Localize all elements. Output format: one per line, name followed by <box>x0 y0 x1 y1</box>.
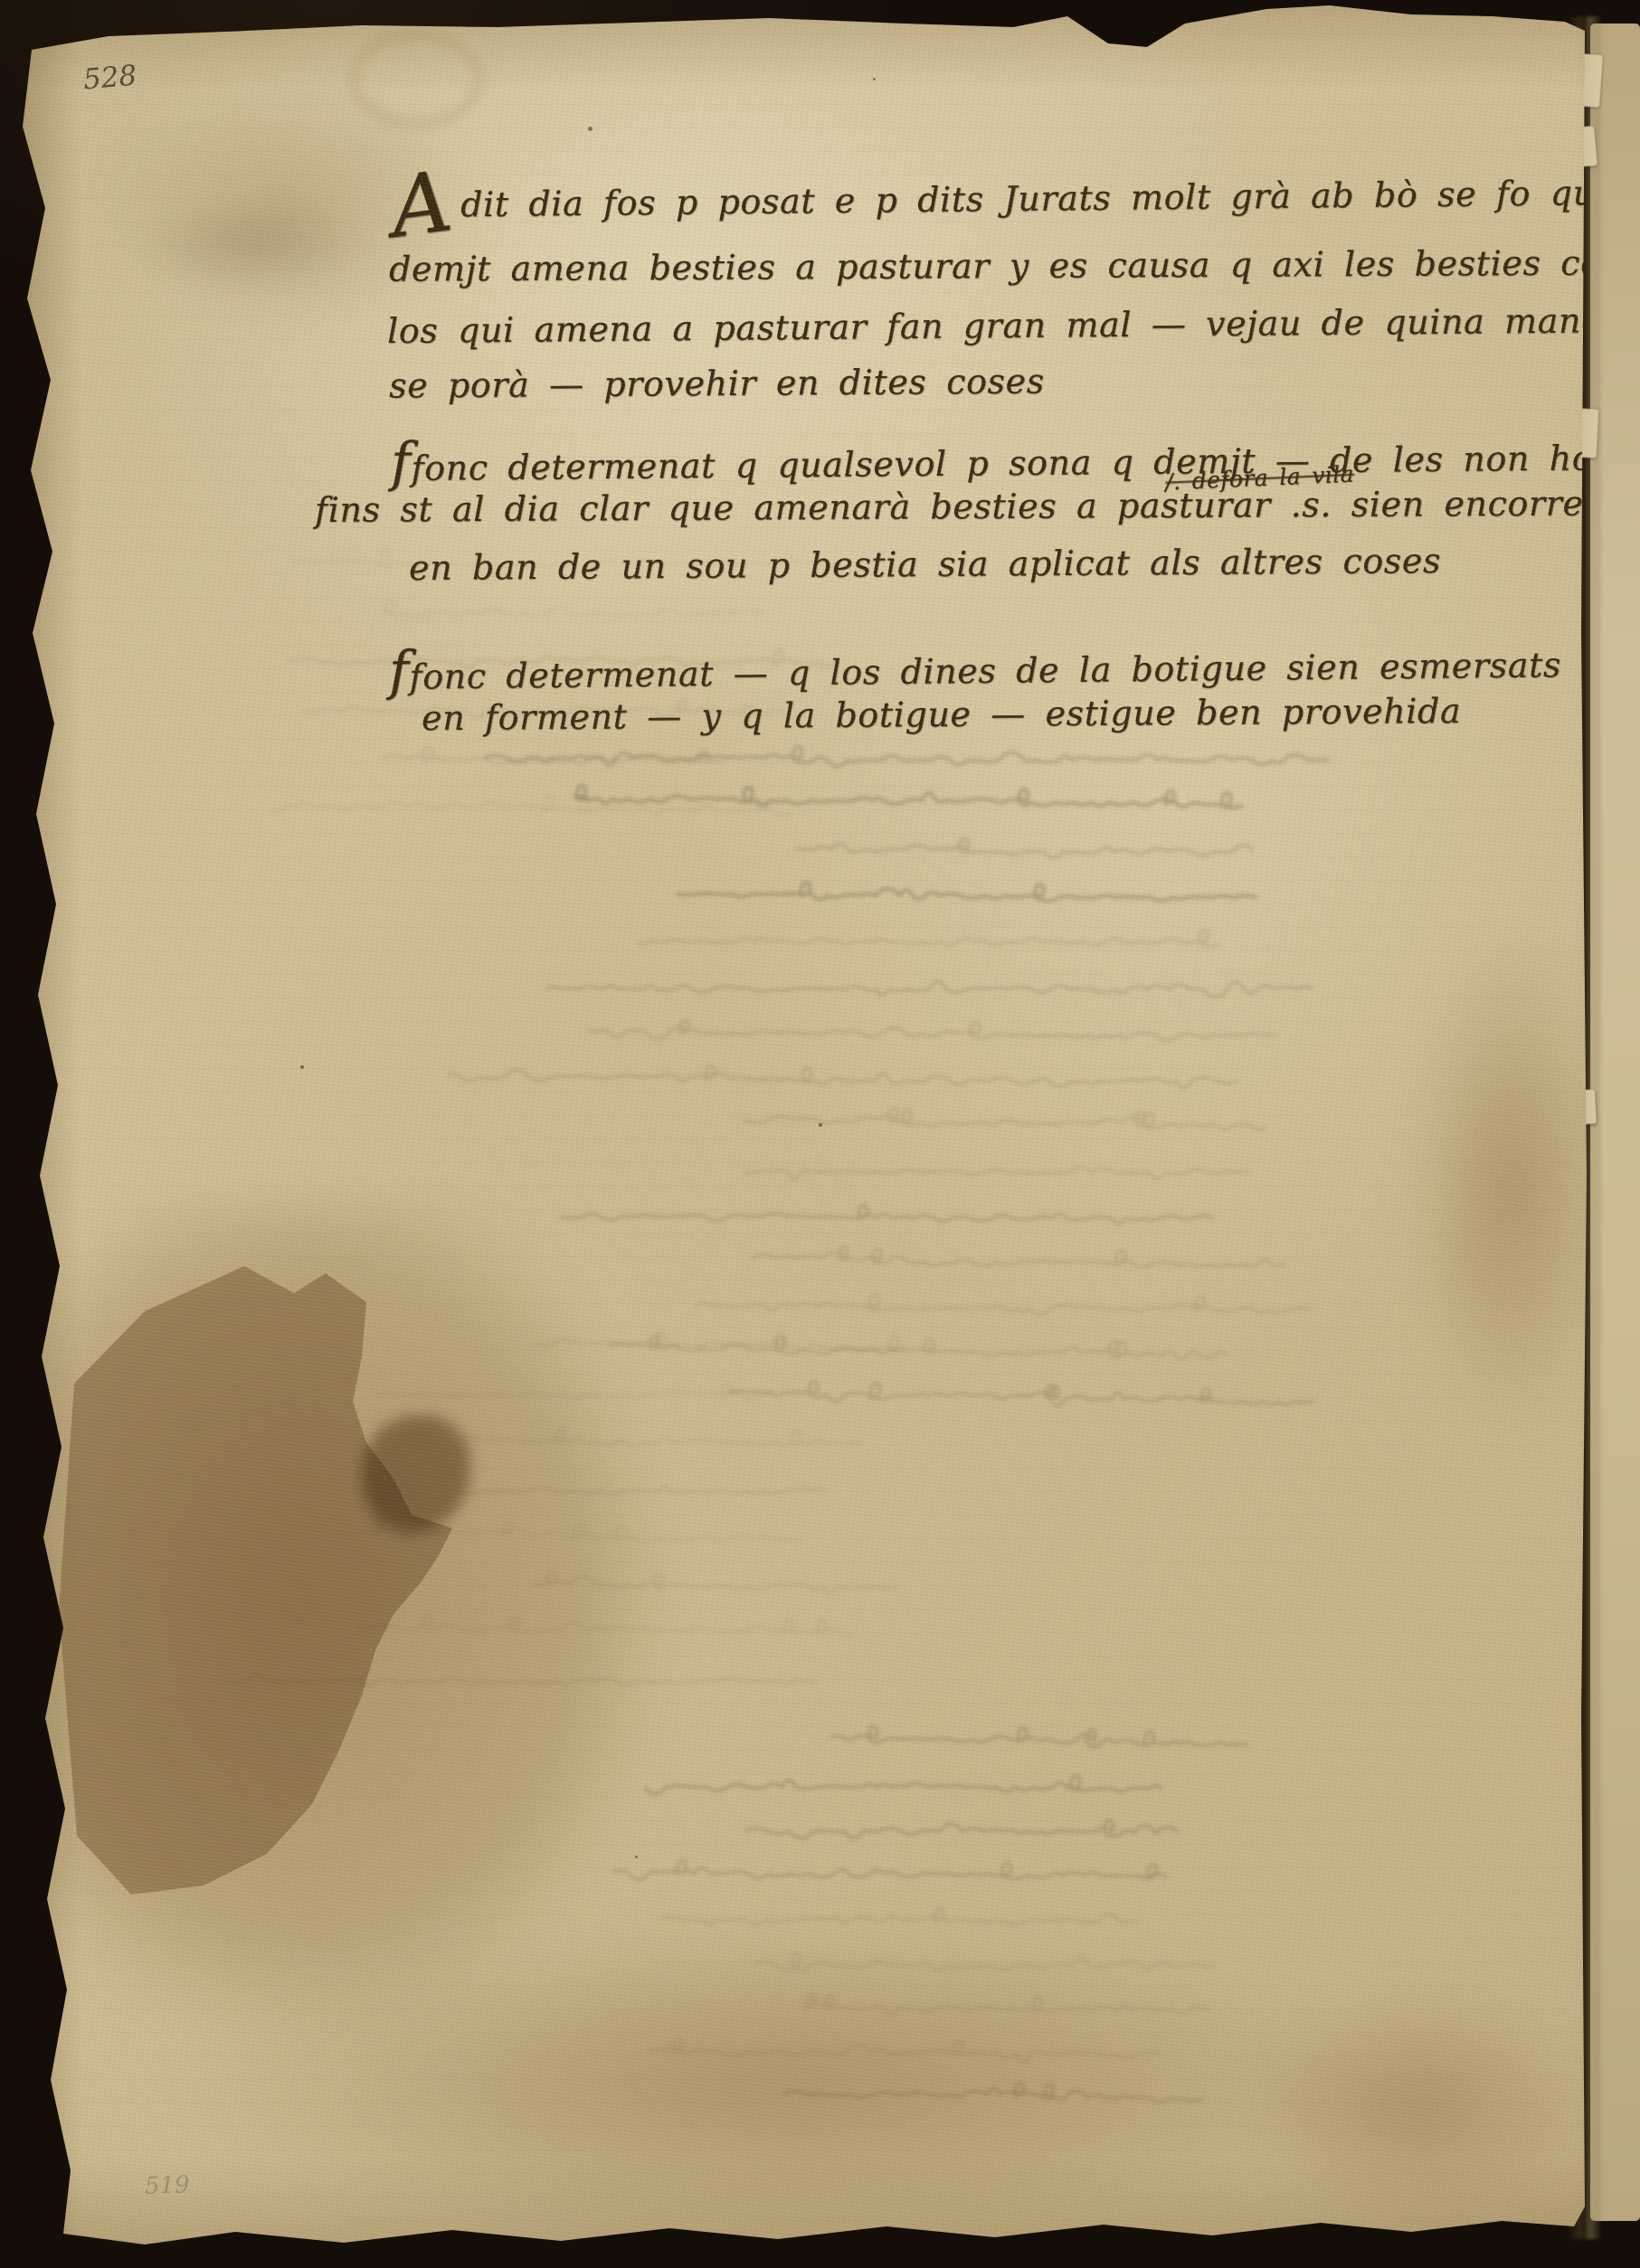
manuscript-scan: 528 519 Adit dia fos p posat e p dits Ju… <box>0 0 1640 2268</box>
handwriting-line: en ban de un sou p bestia sia aplicat al… <box>409 541 1441 588</box>
bleedthrough-text <box>579 1718 1248 2116</box>
ink-speck <box>635 1856 638 1858</box>
paper-stain <box>1407 931 1615 1438</box>
water-stain <box>0 1203 760 2243</box>
water-stain-dark <box>362 1415 470 1533</box>
handwriting-line: se porà — provehir en dites coses <box>389 361 1045 405</box>
handwriting-text: dit dia fos p posat e p dits Jurats molt… <box>460 173 1616 224</box>
handwriting-line: demjt amena besties a pasturar y es caus… <box>389 242 1635 288</box>
ink-speck <box>873 78 876 80</box>
ink-smudge <box>136 194 371 294</box>
folio-number-top: 528 <box>82 59 138 96</box>
ring-stain <box>351 33 481 127</box>
ink-speck <box>819 1123 822 1127</box>
bleedthrough-text <box>217 1320 905 1700</box>
bleedthrough-text <box>416 732 1330 1420</box>
handwriting-line: Adit dia fos p posat e p dits Jurats mol… <box>391 173 1616 225</box>
handwriting-line: los qui amena a pasturar fan gran mal — … <box>387 300 1640 351</box>
ink-speck <box>588 127 592 131</box>
manuscript-page: 528 519 Adit dia fos p posat e p dits Ju… <box>0 0 1640 2268</box>
handwriting-line: ffonc determenat — q los dines de la bot… <box>389 627 1562 702</box>
paper-stain <box>1248 1989 1592 2225</box>
handwriting-line: ffonc determenat q qualsevol p sona q de… <box>391 420 1640 493</box>
swash-initial: A <box>391 201 450 209</box>
handwriting-line: fins st al dia clar que amenarà besties … <box>315 483 1640 530</box>
paper-stain <box>127 1890 1574 2243</box>
folio-number-bottom: 519 <box>144 2171 190 2200</box>
water-stain-dark <box>54 1230 479 1917</box>
handwriting-line: en forment — y q la botigue — estigue be… <box>422 691 1461 738</box>
ink-speck <box>300 1065 304 1069</box>
